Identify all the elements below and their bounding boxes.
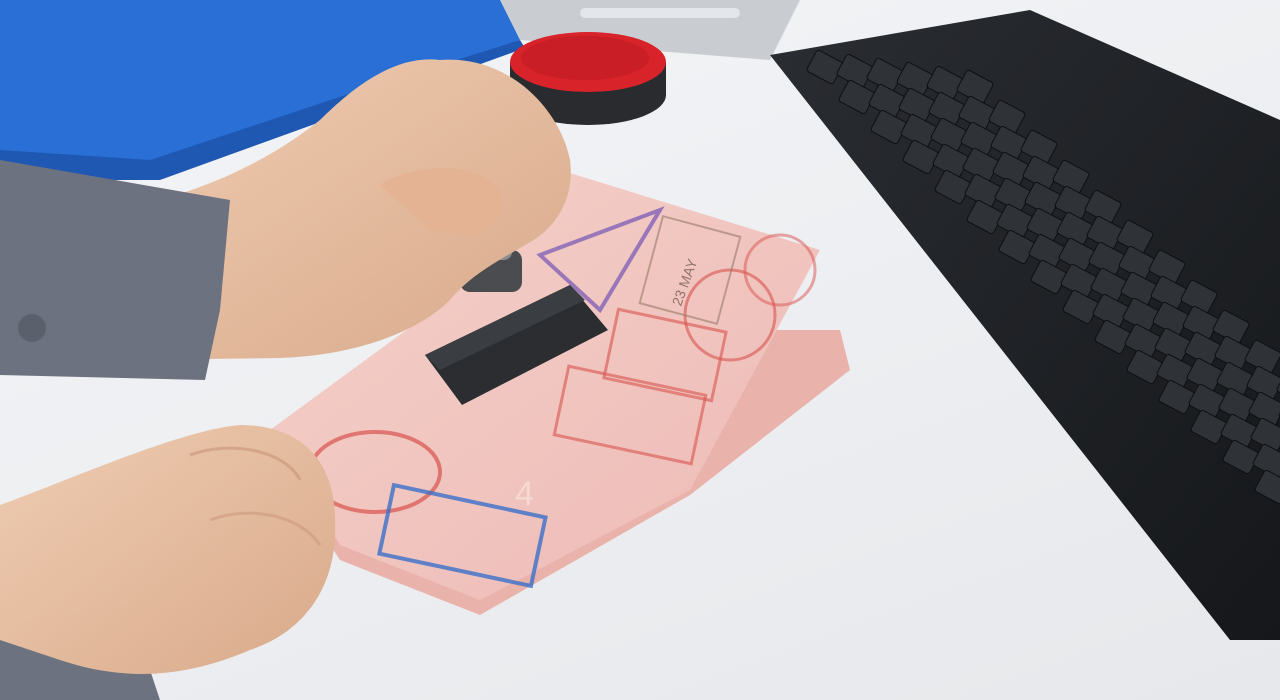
left-hand — [0, 425, 335, 674]
page-number: 4 — [515, 475, 534, 513]
photo-illustration: 4 23 MAY — [0, 0, 1280, 700]
keyboard — [770, 10, 1280, 640]
photo-scene: Close-up photograph of hands stamping a … — [0, 0, 1280, 700]
